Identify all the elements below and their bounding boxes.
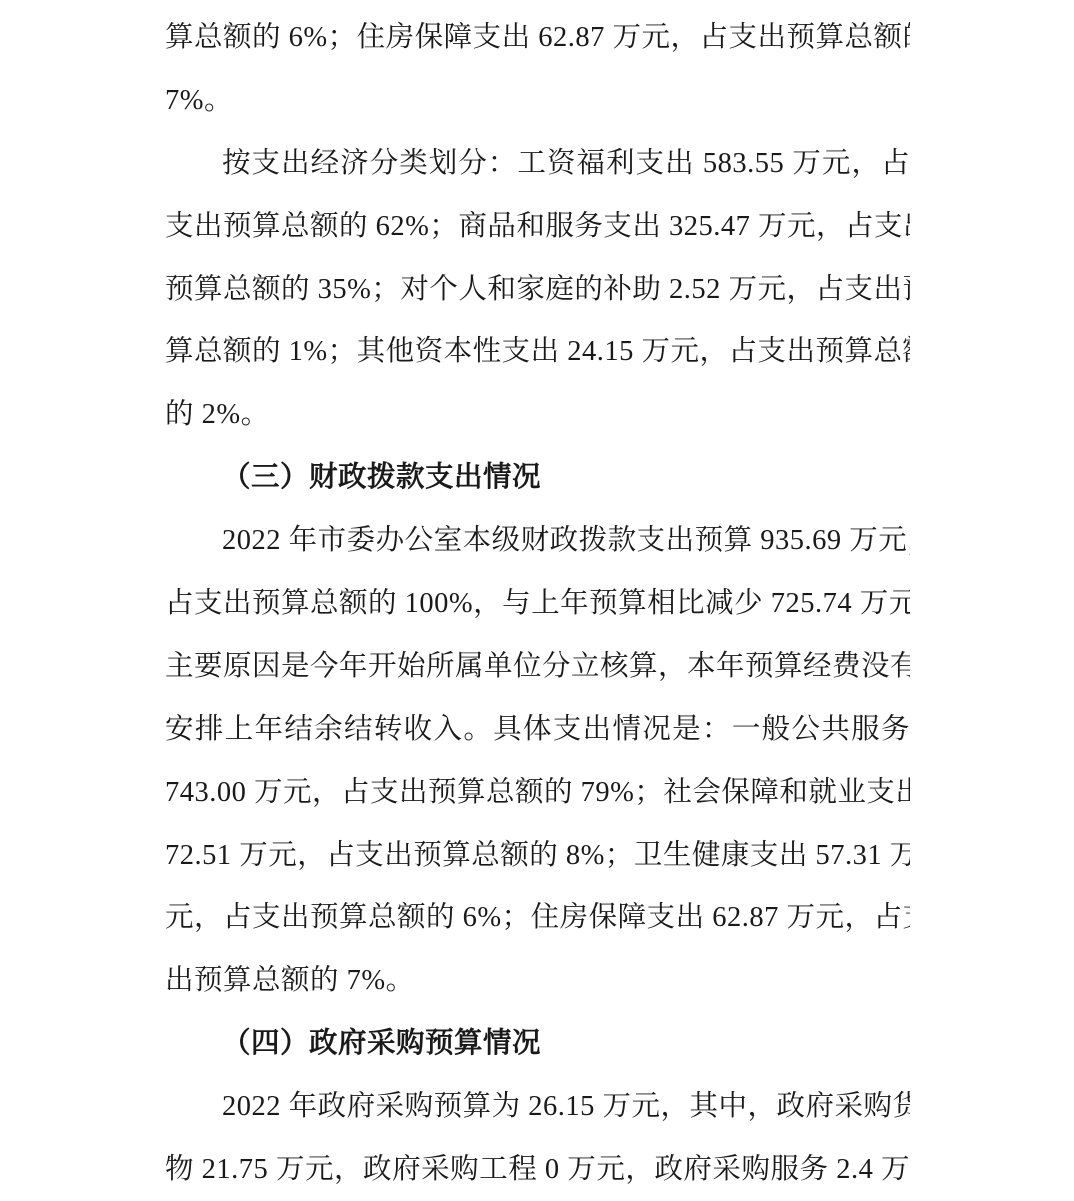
text-line: 物 21.75 万元，政府采购工程 0 万元，政府采购服务 2.4 万 — [165, 1139, 910, 1201]
text-line: 安排上年结余结转收入。具体支出情况是：一般公共服务 — [165, 699, 910, 762]
text-line: 的 2%。 — [165, 384, 910, 447]
text-line: 2022 年政府采购预算为 26.15 万元，其中，政府采购货 — [165, 1076, 910, 1139]
text-line: 743.00 万元，占支出预算总额的 79%；社会保障和就业支出 — [165, 762, 910, 825]
text-line: 主要原因是今年开始所属单位分立核算，本年预算经费没有 — [165, 636, 910, 699]
text-line: 预算总额的 35%；对个人和家庭的补助 2.52 万元，占支出预 — [165, 259, 910, 322]
text-line: 出预算总额的 7%。 — [165, 950, 910, 1013]
text-line: 元，占支出预算总额的 6%；住房保障支出 62.87 万元，占支 — [165, 887, 910, 950]
text-line: 按支出经济分类划分：工资福利支出 583.55 万元，占 — [165, 133, 910, 196]
text-line: 2022 年市委办公室本级财政拨款支出预算 935.69 万元， — [165, 510, 910, 573]
text-line: 72.51 万元，占支出预算总额的 8%；卫生健康支出 57.31 万 — [165, 825, 910, 888]
document-page: 算总额的 6%；住房保障支出 62.87 万元，占支出预算总额的 7%。 按支出… — [0, 0, 1074, 1201]
section-heading: （三）财政拨款支出情况 — [165, 447, 910, 510]
text-line: 占支出预算总额的 100%，与上年预算相比减少 725.74 万元， — [165, 573, 910, 636]
section-heading: （四）政府采购预算情况 — [165, 1013, 910, 1076]
text-line: 算总额的 1%；其他资本性支出 24.15 万元，占支出预算总额 — [165, 321, 910, 384]
text-line: 支出预算总额的 62%；商品和服务支出 325.47 万元，占支出 — [165, 196, 910, 259]
text-line: 算总额的 6%；住房保障支出 62.87 万元，占支出预算总额的 — [165, 7, 910, 70]
text-line: 7%。 — [165, 70, 910, 133]
